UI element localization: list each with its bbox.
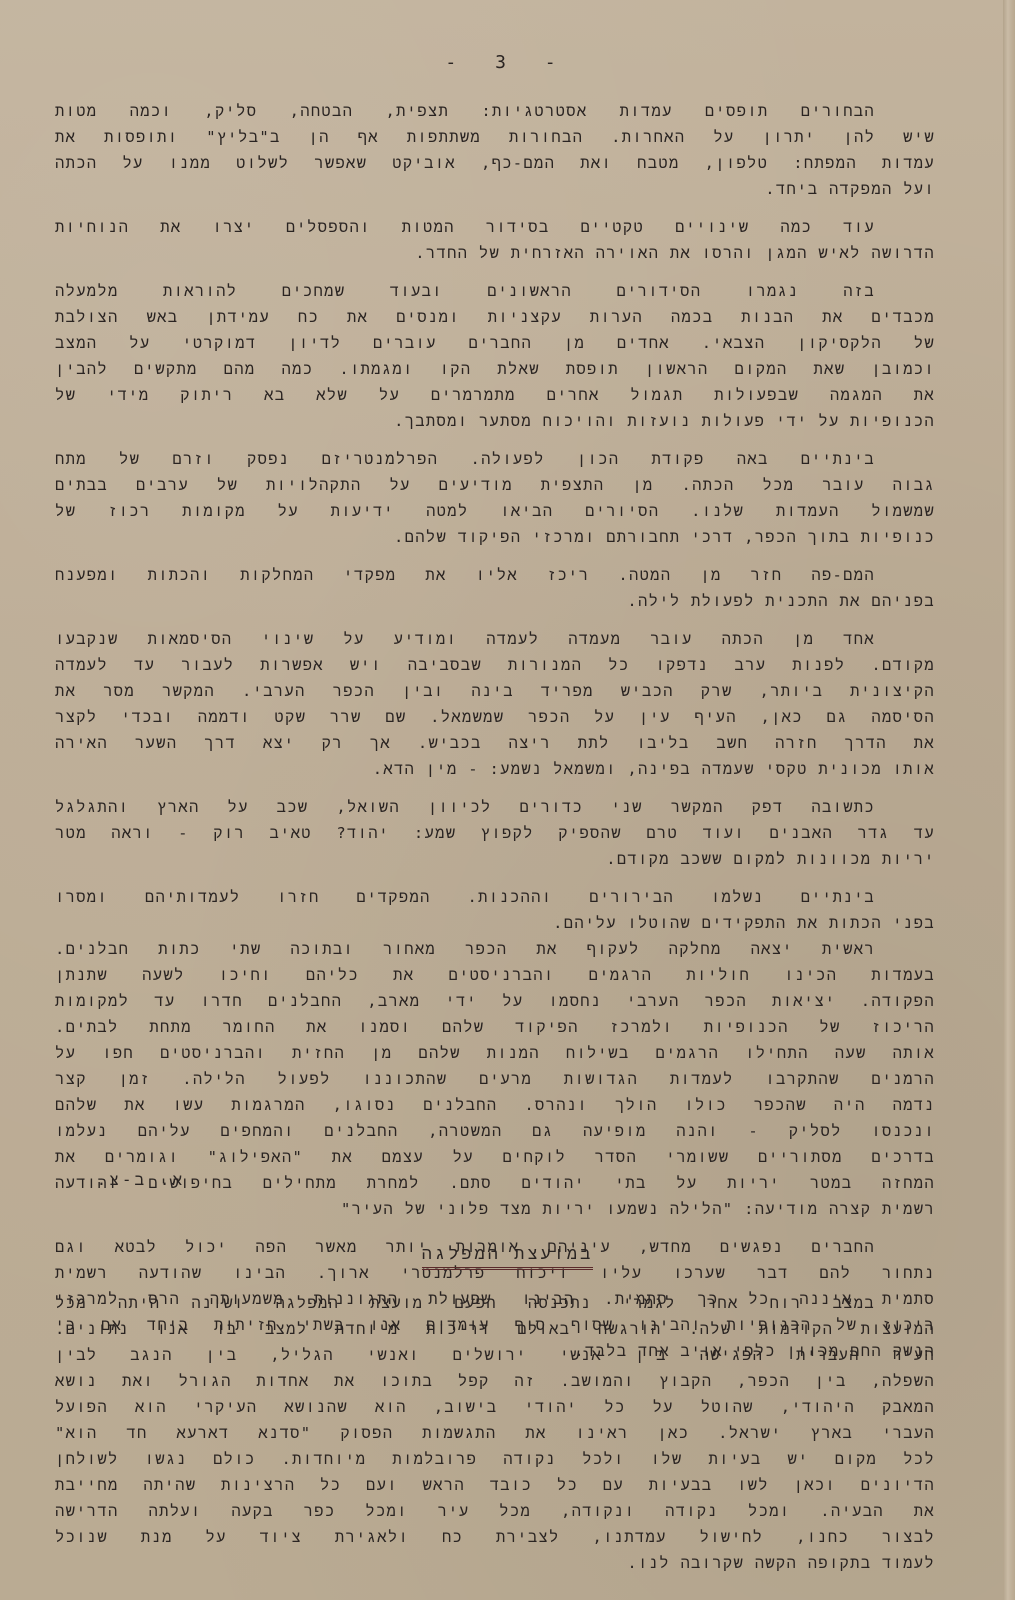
text-line: המחזה במטר יריות על בתי יהודים סתם. למחר… [55,1170,935,1196]
text-line: העיר העברית הפגישה בין אנשי ירושלים ואנש… [55,1342,935,1368]
text-line: של הלקסיקון הצבאי. אחדים מן החברים עוברי… [55,330,935,356]
text-line: עמדות המפתח: טלפון, מטבח ואת המם-כף, אוב… [55,150,935,176]
paragraph: בינתיים נשלמו הבירורים וההכנות. המפקדים … [55,884,935,936]
text-line: בזה נגמרו הסידורים הראשונים ובעוד שמחכים… [55,278,935,304]
paragraph: הבחורים תופסים עמדות אסטרטגיות: תצפית, ה… [55,98,935,202]
text-line: אותו מכונית טקסי שעמדה בפינה, ומשמאל נשמ… [55,756,935,782]
text-line: לכל מקום יש בעיות שלו ולכל נקודה פרובלמו… [55,1446,935,1472]
paragraph: במצב רוח אחר לגמרי נתכנסה הפעם מועצת המפ… [55,1290,935,1576]
text-line: בפני הכתות את התפקידים שהוטלו עליהם. [55,910,935,936]
text-line: בפניהם את התכנית לפעולת לילה. [55,588,935,614]
paragraph: ראשית יצאה מחלקה לעקוף את הכפר מאחור ובת… [55,936,935,1222]
text-line: כתשובה דפק המקשר שני כדורים לכיוון השואל… [55,794,935,820]
text-line: הריכוז של הכנופיות ולמרכז הפיקוד שלהם וס… [55,1014,935,1040]
text-line: בעמדות הכינו חוליות הרגמים והברניסטים את… [55,962,935,988]
text-line: הדרושה לאיש המגן והרסו את האוירה האזרחית… [55,240,935,266]
text-line: ועל המפקדה ביחד. [55,176,935,202]
text-line: מקודם. לפנות ערב נדפקו כל המנורות שבסביב… [55,652,935,678]
text-line: השפלה, בין הכפר, הקבוץ והמושב. זה קפל בת… [55,1368,935,1394]
text-line: את המגמה שבפעולות תגמול אחרים מתמרמרים ע… [55,382,935,408]
text-line: בדרכים מסתוריים ששומרי הסדר לוקחים על עצ… [55,1144,935,1170]
text-line: עוד כמה שינויים טקטיים בסידור המטות והספ… [55,214,935,240]
text-line: את הבעיה. ומכל נקודה ונקודה, מכל עיר ומכ… [55,1498,935,1524]
paragraph: כתשובה דפק המקשר שני כדורים לכיוון השואל… [55,794,935,872]
text-line: גבוה עובר מכל הכתה. מן התצפית מודיעים על… [55,472,935,498]
paragraph: עוד כמה שינויים טקטיים בסידור המטות והספ… [55,214,935,266]
text-line: שמשמול העמדות שלנו. הסיורים הביאו למטה י… [55,498,935,524]
text-line: המאבק היהודי, שהוטל על כל יהודי בישוב, ה… [55,1394,935,1420]
section-heading: במועצת המפלגה [0,1244,1015,1265]
text-line: הבחורים תופסים עמדות אסטרטגיות: תצפית, ה… [55,98,935,124]
text-line: הרמנים שהתקרבו לעמדות הגדושות מרעים שהתכ… [55,1066,935,1092]
text-line: וכמובן שאת המקום הראשון תופסת שאלת הקו ו… [55,356,935,382]
text-line: בינתיים נשלמו הבירורים וההכנות. המפקדים … [55,884,935,910]
text-line: ראשית יצאה מחלקה לעקוף את הכפר מאחור ובת… [55,936,935,962]
text-line: יריות מכוונות למקום ששכב מקודם. [55,846,935,872]
text-line: הדיונים וכאן לשו בבעיות עם כל כובד הראש … [55,1472,935,1498]
paragraph: המם-פה חזר מן המטה. ריכז אליו את מפקדי ה… [55,562,935,614]
text-line: את הדרך חזרה חשב בליבו לתת ריצה בכביש. א… [55,730,935,756]
text-line: הכנופיות על ידי פעולות נועזות והויכוח מס… [55,408,935,434]
article-body-2: במצב רוח אחר לגמרי נתכנסה הפעם מועצת המפ… [55,1290,935,1576]
author-signature: א. ב-צ. [97,1170,185,1190]
text-line: נדמה היה שהכפר כולו הולך ונהרס. החבלנים … [55,1092,935,1118]
text-line: המם-פה חזר מן המטה. ריכז אליו את מפקדי ה… [55,562,935,588]
text-line: שיש להן יתרון על האחרות. הבחורות משתתפות… [55,124,935,150]
page-number: - 3 - [0,52,1015,73]
text-line: במצב רוח אחר לגמרי נתכנסה הפעם מועצת המפ… [55,1290,935,1316]
text-line: הסיסמה גם כאן, העיף עין על הכפר שמשמאל. … [55,704,935,730]
text-line: אחד מן הכתה עובר מעמדה לעמדה ומודיע על ש… [55,626,935,652]
text-line: אותה שעה התחילו הרגמים בשילוח המנות שלהם… [55,1040,935,1066]
text-line: לבצור כחנו, לחישול עמדתנו, לצבירת כח ולא… [55,1524,935,1550]
article-body: הבחורים תופסים עמדות אסטרטגיות: תצפית, ה… [55,98,935,1364]
text-line: מכבדים את הבנות בכמה הערות עקצניות ומנסי… [55,304,935,330]
text-line: המועצות הקודמות שלה. הורגשה באולם דריכות… [55,1316,935,1342]
page-fold [1003,0,1015,1600]
text-line: בינתיים באה פקודת הכון לפעולה. הפרלמנטרי… [55,446,935,472]
text-line: העברי בארץ ישראל. כאן ראינו את התגשמות ה… [55,1420,935,1446]
section-heading-text: במועצת המפלגה [422,1244,594,1270]
text-line: לעמוד בתקופה הקשה שקרובה לנו. [55,1550,935,1576]
paragraph: בינתיים באה פקודת הכון לפעולה. הפרלמנטרי… [55,446,935,550]
text-line: הפקודה. יציאות הכפר הערבי נחסמו על ידי מ… [55,988,935,1014]
text-line: ונכנסו לסליק - והנה מופיעה גם המשטרה, הח… [55,1118,935,1144]
paragraph: אחד מן הכתה עובר מעמדה לעמדה ומודיע על ש… [55,626,935,782]
text-line: עד גדר האבנים ועוד טרם שהספיק לקפוץ שמע:… [55,820,935,846]
text-line: כנופיות בתוך הכפר, דרכי תחבורתם ומרכזי ה… [55,524,935,550]
text-line: רשמית קצרה מודיעה: "הלילה נשמעו יריות מצ… [55,1196,935,1222]
text-line: הקיצונית ביותר, שרק הכביש מפריד בינה ובי… [55,678,935,704]
paragraph: בזה נגמרו הסידורים הראשונים ובעוד שמחכים… [55,278,935,434]
